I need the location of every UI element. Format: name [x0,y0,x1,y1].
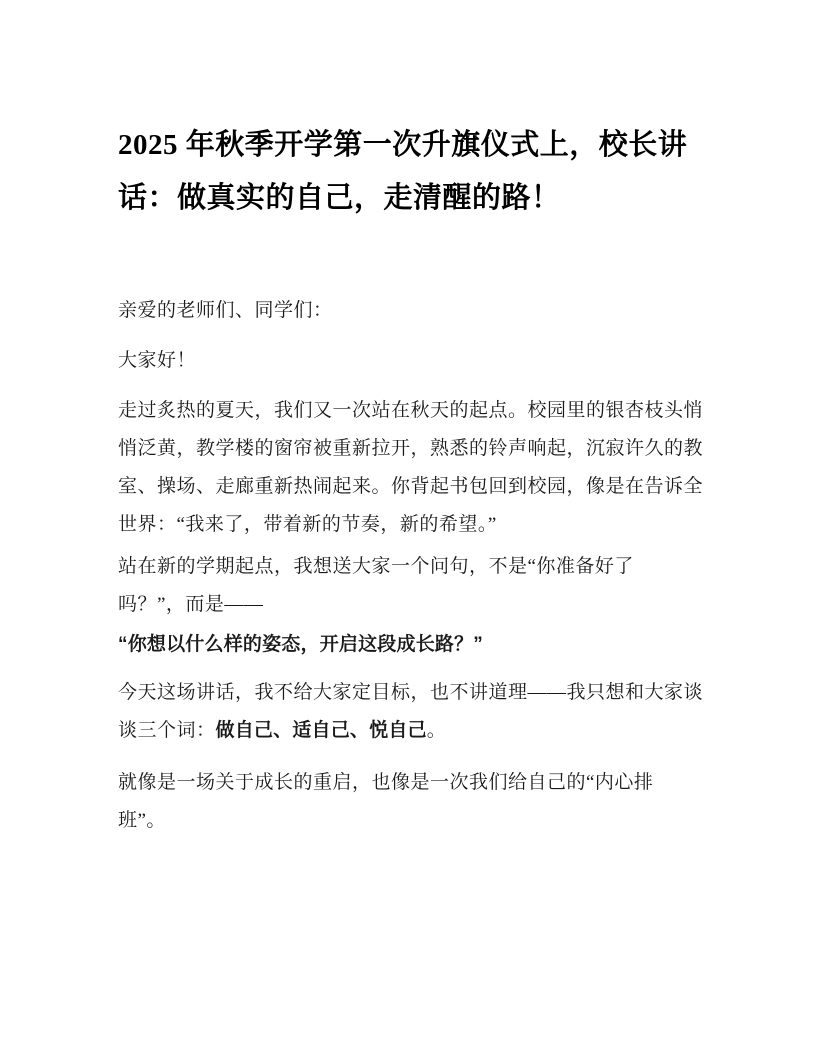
text-segment: 谈三个词： [118,720,216,741]
text-segment: 走过炙热的夏天，我们又一次站在秋天的起点。校园里的银杏枝头悄 [118,400,703,421]
paragraph: 今天这场讲话，我不给大家定目标，也不讲道理——我只想和大家谈谈三个词：做自己、适… [118,674,706,750]
text-line: 世界：“我来了，带着新的节奏，新的希望。” [118,506,706,544]
text-segment: 大家好！ [118,350,196,371]
document-title-line: 2025 年秋季开学第一次升旗仪式上，校长讲 [118,119,706,172]
text-line: 就像是一场关于成长的重启，也像是一次我们给自己的“内心排 [118,764,706,802]
text-line: 站在新的学期起点，我想送大家一个问句，不是“你准备好了 [118,548,706,586]
text-line: 谈三个词：做自己、适自己、悦自己。 [118,712,706,750]
text-line: 大家好！ [118,342,706,380]
paragraph: 站在新的学期起点，我想送大家一个问句，不是“你准备好了吗？”，而是—— [118,548,706,624]
text-line: 亲爱的老师们、同学们： [118,292,706,330]
paragraph: 就像是一场关于成长的重启，也像是一次我们给自己的“内心排班”。 [118,764,706,840]
document-page: 2025 年秋季开学第一次升旗仪式上，校长讲 话：做真实的自己，走清醒的路！ 亲… [0,0,816,1056]
text-segment: 世界：“我来了，带着新的节奏，新的希望。” [118,514,497,535]
text-segment: 就像是一场关于成长的重启，也像是一次我们给自己的“内心排 [118,772,653,793]
text-segment: 亲爱的老师们、同学们： [118,300,333,321]
document-title: 2025 年秋季开学第一次升旗仪式上，校长讲 话：做真实的自己，走清醒的路！ [118,119,706,225]
text-segment: 悄泛黄，教学楼的窗帘被重新拉开，熟悉的铃声响起，沉寂许久的教 [118,438,703,459]
text-segment: 吗？”，而是—— [118,594,263,615]
text-segment: 今天这场讲话，我不给大家定目标，也不讲道理——我只想和大家谈 [118,682,703,703]
text-line: 吗？”，而是—— [118,586,706,624]
paragraph: “你想以什么样的姿态，开启这段成长路？” [118,626,706,664]
bold-text-segment: 做自己、适自己、悦自己 [216,720,427,741]
bold-text-segment: “你想以什么样的姿态，开启这段成长路？” [118,634,483,655]
text-line: 室、操场、走廊重新热闹起来。你背起书包回到校园，像是在告诉全 [118,468,706,506]
paragraph: 亲爱的老师们、同学们： [118,292,706,330]
text-segment: 站在新的学期起点，我想送大家一个问句，不是“你准备好了 [118,556,634,577]
text-segment: 。 [427,720,447,741]
text-line: 走过炙热的夏天，我们又一次站在秋天的起点。校园里的银杏枝头悄 [118,392,706,430]
text-line: 班”。 [118,802,706,840]
text-line: 今天这场讲话，我不给大家定目标，也不讲道理——我只想和大家谈 [118,674,706,712]
document-body: 亲爱的老师们、同学们：大家好！走过炙热的夏天，我们又一次站在秋天的起点。校园里的… [118,292,706,840]
document-title-line: 话：做真实的自己，走清醒的路！ [118,172,706,225]
paragraph: 走过炙热的夏天，我们又一次站在秋天的起点。校园里的银杏枝头悄悄泛黄，教学楼的窗帘… [118,392,706,544]
text-segment: 班”。 [118,810,166,831]
text-segment: 室、操场、走廊重新热闹起来。你背起书包回到校园，像是在告诉全 [118,476,703,497]
paragraph: 大家好！ [118,342,706,380]
text-line: 悄泛黄，教学楼的窗帘被重新拉开，熟悉的铃声响起，沉寂许久的教 [118,430,706,468]
text-line: “你想以什么样的姿态，开启这段成长路？” [118,626,706,664]
